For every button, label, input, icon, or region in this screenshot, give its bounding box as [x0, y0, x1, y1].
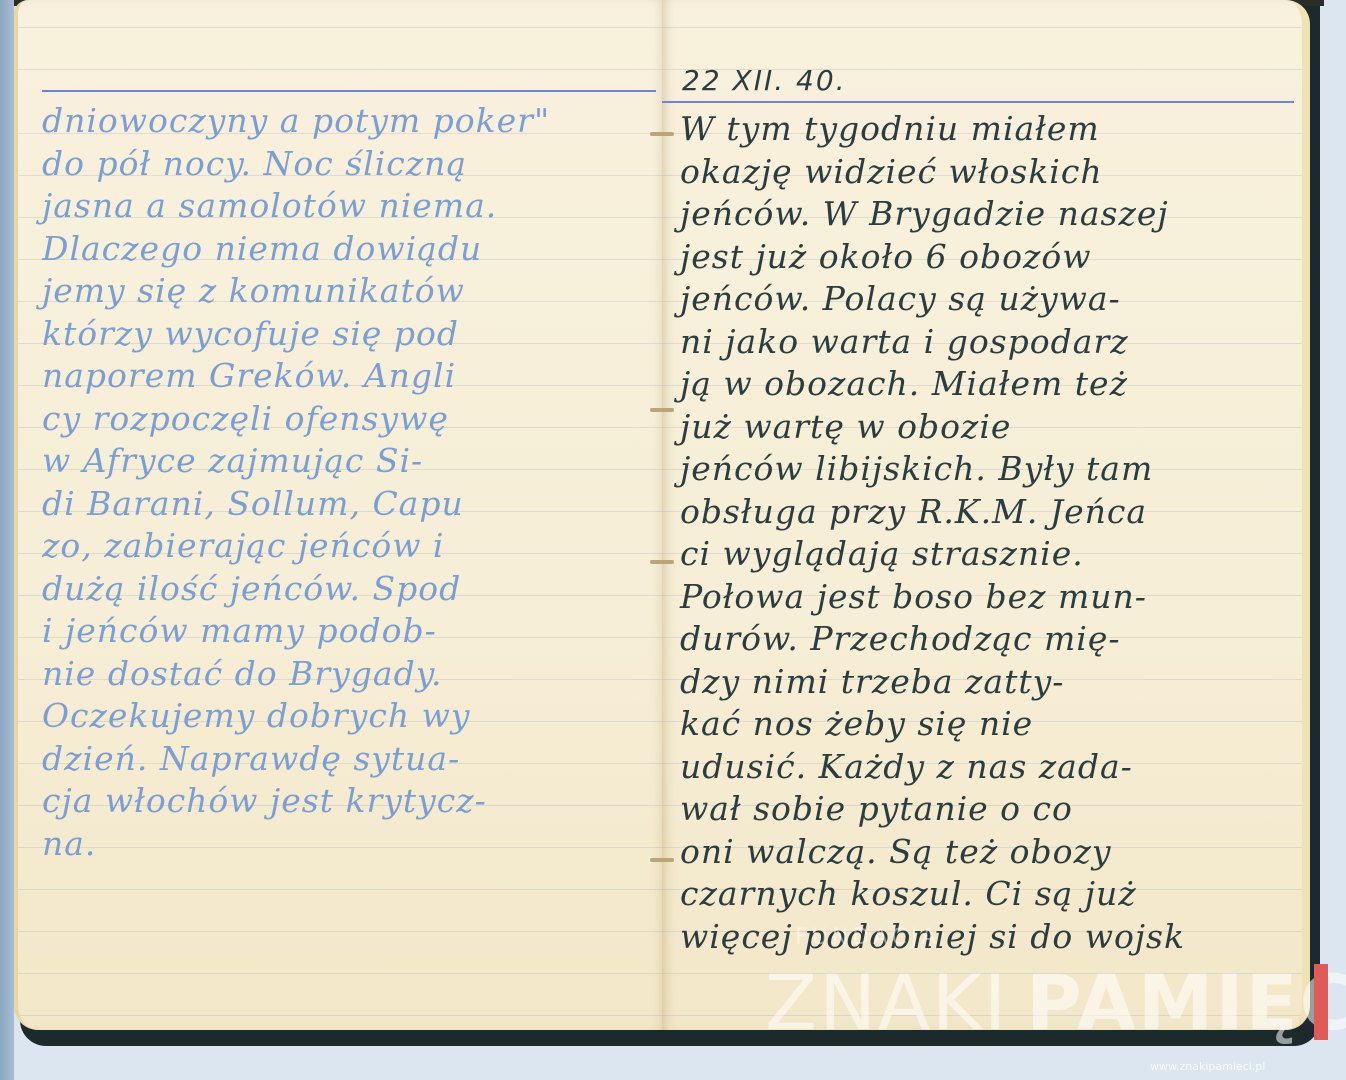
handwritten-line: jeńców. Polacy są używa-	[680, 278, 1290, 321]
handwritten-line: Dlaczego niema dowiądu	[42, 228, 662, 271]
watermark-url: www.znakipamieci.pl	[1150, 1060, 1265, 1073]
handwritten-line: i jeńców mamy podob-	[42, 610, 662, 653]
handwritten-line: oni walczą. Są też obozy	[680, 831, 1290, 874]
handwritten-line: jemy się z komunikatów	[42, 270, 662, 313]
handwritten-line: dniowoczyny a potym poker"	[42, 100, 662, 143]
left-page-text: dniowoczyny a potym poker"do pół nocy. N…	[42, 100, 662, 865]
entry-date: 22 XII. 40.	[682, 64, 847, 97]
handwritten-line: więcej podobniej si do wojsk	[680, 916, 1290, 959]
background-left-strip	[0, 0, 14, 1080]
handwritten-line: ci wyglądają strasznie.	[680, 533, 1290, 576]
handwritten-line: nie dostać do Brygady.	[42, 653, 662, 696]
binding-staple	[650, 560, 674, 564]
handwritten-line: dzy nimi trzeba zatty-	[680, 661, 1290, 704]
watermark-logo: ZNAKI PAMIĘCI	[765, 965, 1346, 1040]
handwritten-line: do pół nocy. Noc śliczną	[42, 143, 662, 186]
handwritten-line: ją w obozach. Miałem też	[680, 363, 1290, 406]
watermark-bold-text: PAMIĘCI	[1026, 965, 1346, 1040]
handwritten-line: w Afryce zajmując Si-	[42, 440, 662, 483]
handwritten-line: wał sobie pytanie o co	[680, 788, 1290, 831]
handwritten-line: zo, zabierając jeńców i	[42, 525, 662, 568]
handwritten-line: dzień. Naprawdę sytua-	[42, 738, 662, 781]
handwritten-line: ni jako warta i gospodarz	[680, 321, 1290, 364]
handwritten-line: już wartę w obozie	[680, 406, 1290, 449]
watermark-accent-bar	[1314, 964, 1328, 1040]
header-rule	[42, 90, 656, 92]
handwritten-line: jeńców libijskich. Były tam	[680, 448, 1290, 491]
handwritten-line: jeńców. W Brygadzie naszej	[680, 193, 1290, 236]
handwritten-line: cja włochów jest krytycz-	[42, 780, 662, 823]
handwritten-line: W tym tygodniu miałem	[680, 108, 1290, 151]
binding-staple	[650, 132, 674, 136]
handwritten-line: obsługa przy R.K.M. Jeńca	[680, 491, 1290, 534]
right-page-text: W tym tygodniu miałemokazję widzieć włos…	[680, 108, 1290, 958]
handwritten-line: czarnych koszul. Ci są już	[680, 873, 1290, 916]
left-page: dniowoczyny a potym poker"do pół nocy. N…	[14, 0, 666, 1030]
handwritten-line: kać nos żeby się nie	[680, 703, 1290, 746]
binding-staple	[650, 408, 674, 412]
handwritten-line: di Barani, Sollum, Capu	[42, 483, 662, 526]
watermark-light-text: ZNAKI	[765, 965, 1008, 1040]
handwritten-line: jest już około 6 obozów	[680, 236, 1290, 279]
handwritten-line: durów. Przechodząc mię-	[680, 618, 1290, 661]
handwritten-line: Oczekujemy dobrych wy	[42, 695, 662, 738]
watermark-small-text: FUNDACJA	[795, 925, 940, 950]
header-rule	[662, 101, 1294, 103]
handwritten-line: na.	[42, 823, 662, 866]
handwritten-line: naporem Greków. Angli	[42, 355, 662, 398]
handwritten-line: którzy wycofuje się pod	[42, 313, 662, 356]
handwritten-line: okazję widzieć włoskich	[680, 151, 1290, 194]
right-page: 22 XII. 40. W tym tygodniu miałemokazję …	[662, 0, 1310, 1030]
handwritten-line: jasna a samolotów niema.	[42, 185, 662, 228]
handwritten-line: udusić. Każdy z nas zada-	[680, 746, 1290, 789]
handwritten-line: Połowa jest boso bez mun-	[680, 576, 1290, 619]
handwritten-line: cy rozpoczęli ofensywę	[42, 398, 662, 441]
binding-staple	[650, 858, 674, 862]
handwritten-line: dużą ilość jeńców. Spod	[42, 568, 662, 611]
